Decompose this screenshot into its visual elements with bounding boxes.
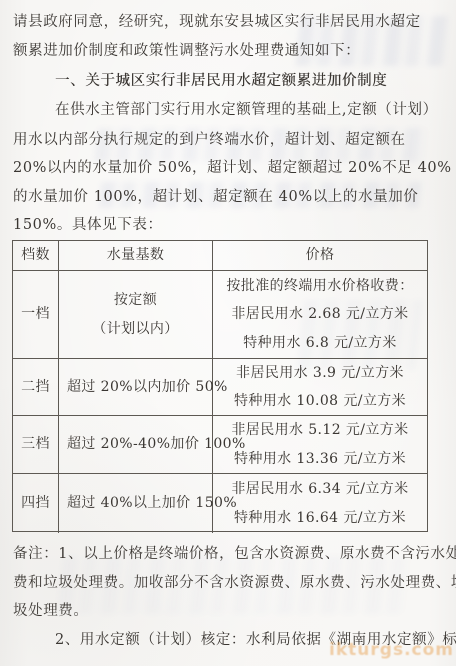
tier-label: 四挡 [21,489,50,518]
tier-label: 二挡 [21,373,50,402]
table-header-tier: 档数 [13,241,59,271]
notes-line-1: 备注：1、以上价格是终端价格，包含水资源费、原水费不含污水处理 [13,540,447,569]
table-header-price: 价格 [213,241,427,271]
base-line: 超过 40%以上加价 150% [67,489,237,518]
table-row-base-cell: 超过 20%-40%加价 100% [59,416,213,474]
para-line-3: 20%以内的水量加价 50%，超计划、超定额超过 20%不足 40% [13,154,447,183]
table-header-base: 水量基数 [59,241,213,271]
price-line: 特种用水 6.8 元/立方米 [243,329,396,358]
price-line: 非居民用水 3.9 元/立方米 [236,359,404,388]
price-line: 按批准的终端用水价格收费： [226,272,413,301]
scanned-document-page: 请县政府同意，经研究，现就东安县城区实行非居民用水超定 额累进加价制度和政策性调… [0,0,456,666]
tier-label: 一档 [21,300,50,329]
table-row-price-cell: 非居民用水 3.9 元/立方米 特种用水 10.08 元/立方米 [213,359,427,416]
tier-label: 三档 [21,430,50,459]
base-line: （计划以内） [92,315,178,344]
price-line: 非居民用水 5.12 元/立方米 [231,416,408,445]
table-row-price-cell: 非居民用水 5.12 元/立方米 特种用水 13.36 元/立方米 [213,416,427,474]
table-row-base-cell: 按定额 （计划以内） [59,271,213,359]
para-line-1: 在供水主管部门实行用水定额管理的基础上,定额（计划） [13,96,456,125]
notes-line-2: 费和垃圾处理费。加收部分不含水资源费、原水费、污水处理费、垃 [13,569,447,598]
price-line: 特种用水 13.36 元/立方米 [234,445,406,474]
table-row-base-cell: 超过 40%以上加价 150% [59,474,213,533]
header-label: 档数 [21,241,50,270]
notes-line-3: 圾处理费。 [13,597,447,626]
para-line-2: 用水以内部分执行规定的到户终端水价，超计划、超定额在 [13,126,447,155]
table-row-price-cell: 非居民用水 6.34 元/立方米 特种用水 16.64 元/立方米 [213,474,427,533]
base-line: 超过 20%以内加价 50% [67,373,228,402]
intro-line-1: 请县政府同意，经研究，现就东安县城区实行非居民用水超定 [13,8,447,37]
water-pricing-table: 档数 水量基数 价格 一档 按定额 （计划以内） 按批准的终端用水价格收费： 非… [12,240,428,532]
base-line: 按定额 [114,286,157,315]
header-label: 水量基数 [107,241,165,270]
para-line-4: 的水量加价 100%，超计划、超定额在 40%以上的水量加价 [13,183,447,212]
price-line: 非居民用水 2.68 元/立方米 [231,300,408,329]
table-row-price-cell: 按批准的终端用水价格收费： 非居民用水 2.68 元/立方米 特种用水 6.8 … [213,271,427,359]
table-row-tier-cell: 四挡 [13,474,59,533]
section-heading: 一、关于城区实行非居民用水超定额累进加价制度 [13,67,456,96]
table-row-tier-cell: 二挡 [13,359,59,416]
para-line-5: 150%。具体见下表： [13,211,447,240]
intro-line-2: 额累进加价制度和政策性调整污水处理费通知如下： [13,37,447,66]
site-watermark: ikturgs.com [329,640,454,660]
table-row-base-cell: 超过 20%以内加价 50% [59,359,213,416]
table-row-tier-cell: 一档 [13,271,59,359]
table-row-tier-cell: 三档 [13,416,59,474]
header-label: 价格 [306,241,335,270]
price-line: 特种用水 16.64 元/立方米 [234,504,406,533]
price-line: 特种用水 10.08 元/立方米 [234,387,406,416]
price-line: 非居民用水 6.34 元/立方米 [231,475,408,504]
